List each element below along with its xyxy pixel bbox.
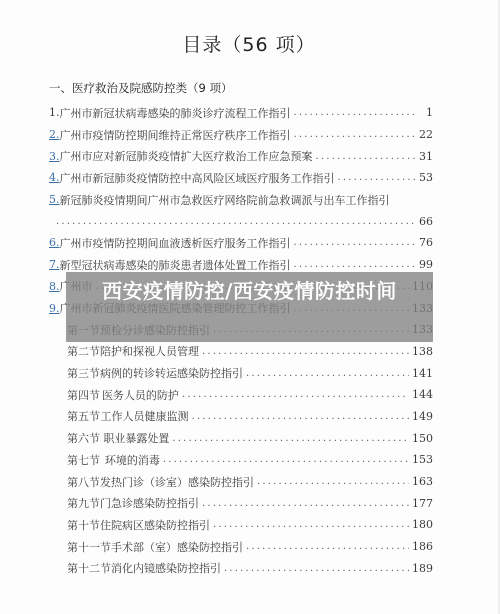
section-label: 陪护和探视人员管理 [100, 343, 199, 359]
section-heading: 一、医疗救治及院感防控类（9 项） [49, 80, 232, 96]
section-label: 病例的转诊转运感染防控指引 [100, 365, 243, 381]
toc-item-label: 新冠肺炎疫情期间广州市急救医疗网络院前急救调派与出车工作指引 [60, 192, 390, 208]
toc-section[interactable]: 第三节 病例的转诊转运感染防控指引 ......................… [49, 362, 433, 384]
section-page: 153 [412, 453, 433, 466]
section-page: 177 [412, 497, 433, 510]
toc-item-label: 广州市新冠状病毒感染的肺炎诊疗流程工作指引 [60, 105, 291, 121]
toc-item-link[interactable]: 4. [49, 171, 60, 184]
toc-section[interactable]: 第二节 陪护和探视人员管理 ..........................… [49, 341, 433, 363]
overlay-caption: 西安疫情防控/西安疫情防控时间 [102, 279, 397, 303]
leader-dots: ........................................… [202, 346, 409, 357]
toc-item-number: 1. [49, 106, 60, 119]
toc-section[interactable]: 第十一节 手术部（室）感染防控指引 ......................… [49, 536, 433, 558]
toc-item-page: 76 [419, 236, 433, 249]
toc-item[interactable]: 4. 广州市新冠肺炎疫情防控中高风险区域医疗服务工作指引 ...........… [49, 167, 433, 189]
toc-item-page: 53 [419, 171, 433, 184]
toc-section[interactable]: 第八节 发热门诊（诊室）感染防控指引 .....................… [49, 471, 433, 493]
toc-item-link[interactable]: 5. [49, 193, 60, 206]
leader-dots: ........................................… [246, 541, 409, 552]
section-page: 141 [412, 367, 433, 380]
section-number: 第八节 [67, 474, 100, 490]
toc-title: 目录（56 项） [0, 30, 498, 57]
toc-item-link[interactable]: 6. [49, 236, 60, 249]
toc-item-link[interactable]: 3. [49, 150, 60, 163]
section-page: 149 [412, 410, 433, 423]
toc-item-link[interactable]: 2. [49, 128, 60, 141]
toc-section[interactable]: 第十节 住院病区感染防控指引 .........................… [49, 514, 433, 536]
toc-item-page: 31 [419, 150, 433, 163]
section-number: 第十一节 [67, 539, 111, 555]
toc-item-link[interactable]: 9. [49, 302, 60, 315]
toc-section[interactable]: 第九节 门急诊感染防控指引 ..........................… [49, 492, 433, 514]
leader-dots: ........................................… [257, 476, 409, 487]
section-label: 发热门诊（诊室）感染防控指引 [100, 474, 254, 490]
section-label: 环境的消毒 [105, 452, 160, 468]
section-page: 180 [412, 518, 433, 531]
toc-item[interactable]: 1. 广州市新冠状病毒感染的肺炎诊疗流程工作指引 ...............… [49, 102, 433, 124]
leader-dots: ........................................… [56, 216, 416, 227]
toc-item-page: 1 [419, 106, 433, 119]
section-label: 工作人员健康监测 [100, 408, 188, 424]
toc-item-link[interactable]: 8. [49, 280, 60, 293]
section-label: 消化内镜感染防控指引 [111, 560, 221, 576]
toc-item[interactable]: 5. 新冠肺炎疫情期间广州市急救医疗网络院前急救调派与出车工作指引 [49, 189, 433, 211]
toc-item-link[interactable]: 7. [49, 258, 60, 271]
section-page: 186 [412, 540, 433, 553]
leader-dots: ........................................… [213, 519, 409, 530]
toc-item[interactable]: 2. 广州市疫情防控期间维持正常医疗秩序工作指引 ...............… [49, 124, 433, 146]
toc-item-label: 广州市疫情防控期间血液透析医疗服务工作指引 [60, 235, 291, 251]
section-number: 第九节 [67, 495, 100, 511]
leader-dots: ........................................… [202, 498, 409, 509]
toc-item-page: 22 [419, 128, 433, 141]
toc-section[interactable]: 第十二节 消化内镜感染防控指引 ........................… [49, 557, 433, 579]
leader-dots: ........................................… [316, 151, 417, 162]
leader-dots: ........................................… [172, 433, 409, 444]
section-number: 第二节 [67, 343, 100, 359]
section-label: 门急诊感染防控指引 [100, 495, 199, 511]
section-number: 第六节 [67, 430, 103, 446]
section-number: 第七节 [67, 452, 105, 468]
section-number: 第四节 [67, 387, 102, 403]
caption-overlay: 西安疫情防控/西安疫情防控时间 [66, 272, 433, 342]
section-page: 144 [412, 388, 433, 401]
toc-item-label: 广州市疫情防控期间维持正常医疗秩序工作指引 [60, 127, 291, 143]
leader-dots: ........................................… [294, 259, 417, 270]
toc-item-label: 新型冠状病毒感染的肺炎患者遗体处置工作指引 [60, 257, 291, 273]
section-number: 第五节 [67, 408, 100, 424]
leader-dots: ........................................… [294, 107, 417, 118]
leader-dots: ........................................… [224, 563, 409, 574]
section-label: 住院病区感染防控指引 [100, 517, 210, 533]
toc-item-label: 广州市应对新冠肺炎疫情扩大医疗救治工作应急预案 [60, 148, 313, 164]
leader-dots: ........................................… [338, 172, 417, 183]
leader-dots: ........................................… [191, 411, 409, 422]
section-label: 手术部（室）感染防控指引 [111, 539, 243, 555]
toc-section[interactable]: 第四节 医务人员的防护 ............................… [49, 384, 433, 406]
toc-section[interactable]: 第五节 工作人员健康监测 ...........................… [49, 406, 433, 428]
section-number: 第十二节 [67, 560, 111, 576]
section-label: 医务人员的防护 [102, 387, 179, 403]
section-page: 138 [412, 345, 433, 358]
section-page: 150 [412, 432, 433, 445]
toc-item-page: 99 [419, 258, 433, 271]
toc-item-page: 66 [419, 215, 433, 228]
section-number: 第十节 [67, 517, 100, 533]
leader-dots: ........................................… [294, 129, 417, 140]
section-number: 第三节 [67, 365, 100, 381]
toc-item[interactable]: 3. 广州市应对新冠肺炎疫情扩大医疗救治工作应急预案 .............… [49, 145, 433, 167]
toc-section[interactable]: 第六节 职业暴露处置 .............................… [49, 427, 433, 449]
section-page: 189 [412, 562, 433, 575]
toc-item[interactable]: 6. 广州市疫情防控期间血液透析医疗服务工作指引 ...............… [49, 232, 433, 254]
toc-section[interactable]: 第七节 环境的消毒 ..............................… [49, 449, 433, 471]
toc-item-label: 广州市新冠肺炎疫情防控中高风险区域医疗服务工作指引 [60, 170, 335, 186]
section-label: 职业暴露处置 [103, 430, 169, 446]
leader-dots: ........................................… [294, 237, 417, 248]
leader-dots: ........................................… [163, 454, 409, 465]
leader-dots: ........................................… [182, 389, 409, 400]
section-page: 163 [412, 475, 433, 488]
leader-dots: ........................................… [246, 368, 409, 379]
toc-item-continuation: ........................................… [49, 210, 433, 232]
